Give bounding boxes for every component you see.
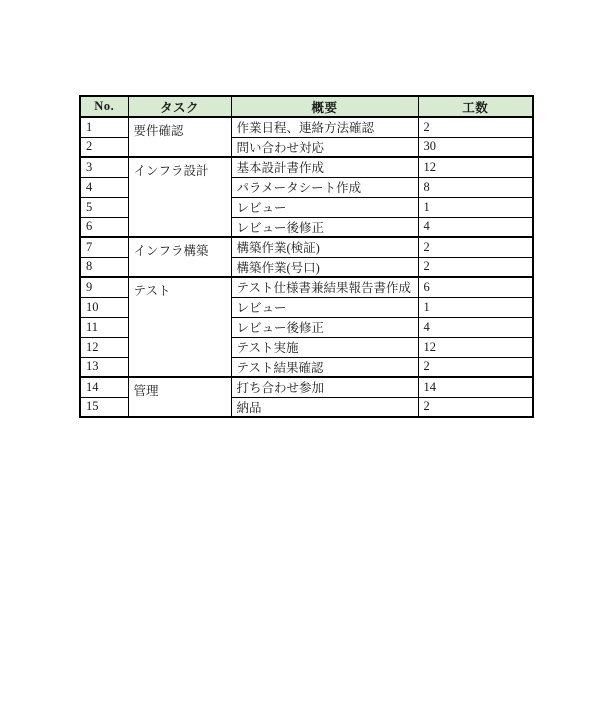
effort-cell: 2 — [418, 117, 533, 137]
table-header: No. タスク 概要 工数 — [80, 96, 533, 117]
table-row: 14管理打ち合わせ参加14 — [80, 377, 533, 397]
header-task: タスク — [128, 96, 231, 117]
header-effort: 工数 — [418, 96, 533, 117]
effort-cell: 6 — [418, 277, 533, 297]
task-cell: 管理 — [128, 377, 231, 417]
desc-cell: 構築作業(検証) — [231, 237, 418, 257]
effort-cell: 4 — [418, 217, 533, 237]
no-cell: 10 — [80, 297, 128, 317]
desc-cell: 基本設計書作成 — [231, 157, 418, 177]
desc-cell: 打ち合わせ参加 — [231, 377, 418, 397]
effort-cell: 12 — [418, 337, 533, 357]
no-cell: 4 — [80, 177, 128, 197]
no-cell: 13 — [80, 357, 128, 377]
desc-cell: テスト実施 — [231, 337, 418, 357]
no-cell: 12 — [80, 337, 128, 357]
no-cell: 5 — [80, 197, 128, 217]
no-cell: 7 — [80, 237, 128, 257]
effort-cell: 12 — [418, 157, 533, 177]
desc-cell: 問い合わせ対応 — [231, 137, 418, 157]
effort-table: No. タスク 概要 工数 1要件確認作業日程、連絡方法確認22問い合わせ対応3… — [79, 95, 534, 418]
no-cell: 3 — [80, 157, 128, 177]
desc-cell: レビュー後修正 — [231, 217, 418, 237]
no-cell: 2 — [80, 137, 128, 157]
effort-cell: 14 — [418, 377, 533, 397]
desc-cell: レビュー — [231, 297, 418, 317]
table-row: 3インフラ設計基本設計書作成12 — [80, 157, 533, 177]
header-row: No. タスク 概要 工数 — [80, 96, 533, 117]
no-cell: 14 — [80, 377, 128, 397]
desc-cell: 構築作業(号口) — [231, 257, 418, 277]
desc-cell: パラメータシート作成 — [231, 177, 418, 197]
effort-cell: 2 — [418, 397, 533, 417]
effort-cell: 4 — [418, 317, 533, 337]
effort-cell: 1 — [418, 197, 533, 217]
task-cell: テスト — [128, 277, 231, 377]
effort-cell: 2 — [418, 237, 533, 257]
no-cell: 11 — [80, 317, 128, 337]
task-cell: インフラ設計 — [128, 157, 231, 237]
no-cell: 6 — [80, 217, 128, 237]
table-row: 1要件確認作業日程、連絡方法確認2 — [80, 117, 533, 137]
effort-cell: 2 — [418, 257, 533, 277]
table-row: 7インフラ構築構築作業(検証)2 — [80, 237, 533, 257]
task-cell: 要件確認 — [128, 117, 231, 157]
desc-cell: レビュー後修正 — [231, 317, 418, 337]
desc-cell: 納品 — [231, 397, 418, 417]
effort-cell: 1 — [418, 297, 533, 317]
desc-cell: 作業日程、連絡方法確認 — [231, 117, 418, 137]
document-page: No. タスク 概要 工数 1要件確認作業日程、連絡方法確認22問い合わせ対応3… — [0, 0, 607, 720]
desc-cell: テスト仕様書兼結果報告書作成 — [231, 277, 418, 297]
header-no: No. — [80, 96, 128, 117]
table-body: 1要件確認作業日程、連絡方法確認22問い合わせ対応303インフラ設計基本設計書作… — [80, 117, 533, 417]
desc-cell: レビュー — [231, 197, 418, 217]
no-cell: 9 — [80, 277, 128, 297]
header-desc: 概要 — [231, 96, 418, 117]
effort-cell: 30 — [418, 137, 533, 157]
table-row: 9テストテスト仕様書兼結果報告書作成6 — [80, 277, 533, 297]
effort-cell: 2 — [418, 357, 533, 377]
desc-cell: テスト結果確認 — [231, 357, 418, 377]
no-cell: 8 — [80, 257, 128, 277]
no-cell: 1 — [80, 117, 128, 137]
no-cell: 15 — [80, 397, 128, 417]
effort-cell: 8 — [418, 177, 533, 197]
task-cell: インフラ構築 — [128, 237, 231, 277]
